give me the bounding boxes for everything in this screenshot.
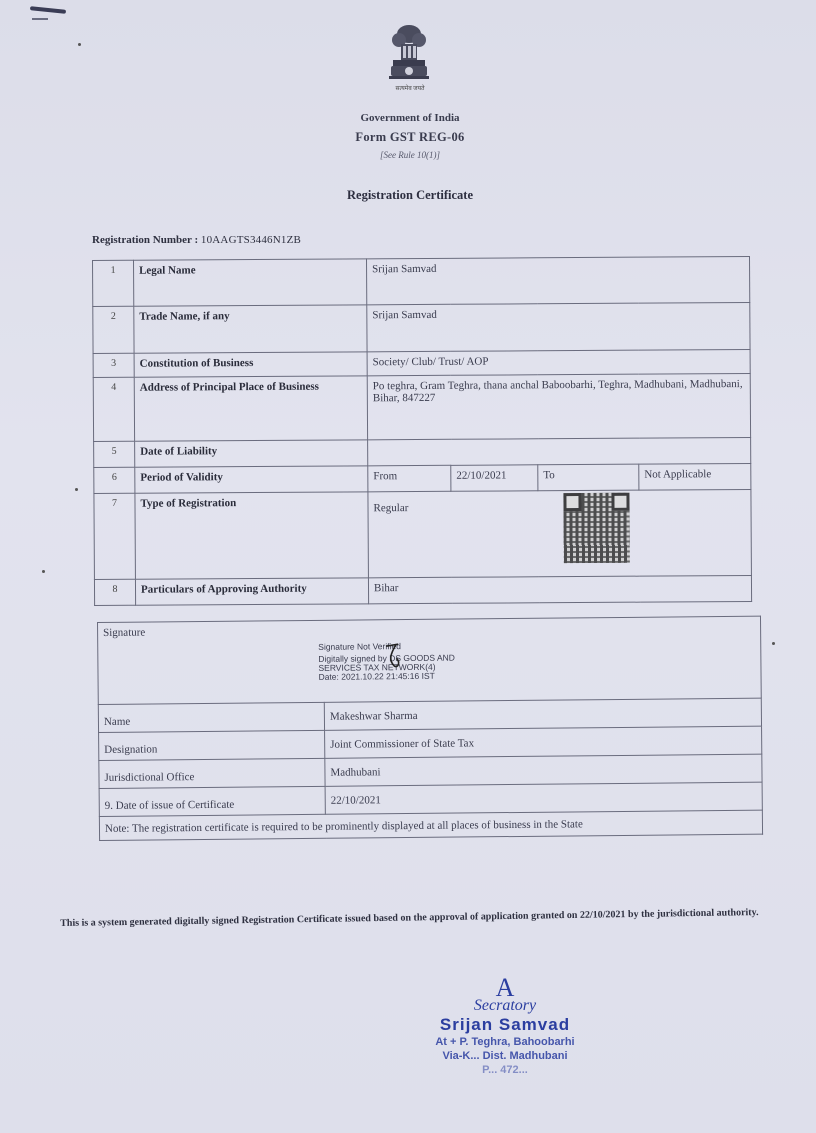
certificate-page: सत्यमेव जयते Government of India Form GS…	[0, 0, 816, 1133]
issue-date-label: 9. Date of issue of Certificate	[99, 786, 325, 816]
field-label: Address of Principal Place of Business	[134, 376, 367, 441]
registration-type-value: Regular	[373, 502, 408, 514]
signature-label: Signature	[103, 621, 755, 639]
rule-reference: [See Rule 10(1)]	[300, 150, 520, 160]
field-label: Particulars of Approving Authority	[135, 578, 368, 605]
signature-cell: Signature Signature Not Verified Digital…	[98, 616, 762, 704]
row-number: 4	[93, 377, 134, 441]
constitution-value: Society/ Club/ Trust/ AOP	[367, 349, 750, 375]
table-row: Note: The registration certificate is re…	[99, 810, 762, 840]
validity-from-label: From	[368, 465, 451, 492]
stamp-address-line: P... 472...	[395, 1063, 615, 1077]
validity-from-value: 22/10/2021	[451, 465, 538, 492]
approving-authority-value: Bihar	[368, 575, 751, 603]
issue-date-value: 22/10/2021	[325, 782, 762, 814]
secretary-stamp: A Secratory Srijan Samvad At + P. Teghra…	[395, 975, 615, 1077]
field-label: Period of Validity	[135, 466, 368, 493]
table-row: 2 Trade Name, if any Srijan Samvad	[93, 302, 750, 353]
pen-mark	[32, 18, 48, 20]
validity-to-label: To	[538, 464, 639, 491]
registration-number-label: Registration Number :	[92, 234, 198, 246]
designation-value: Joint Commissioner of State Tax	[325, 726, 762, 758]
row-number: 7	[94, 493, 136, 579]
row-number: 8	[94, 579, 135, 605]
signature-date: Date: 2021.10.22 21:45:16 IST	[318, 669, 755, 682]
table-row: 7 Type of Registration Regular	[94, 489, 752, 579]
jurisdictional-office-value: Madhubani	[325, 754, 762, 786]
field-label: Trade Name, if any	[134, 305, 367, 353]
certificate-title: Registration Certificate	[290, 188, 530, 203]
pen-mark	[30, 6, 66, 14]
stamp-address-line: Via-K... Dist. Madhubani	[395, 1049, 615, 1063]
signature-table: Signature Signature Not Verified Digital…	[97, 616, 763, 841]
registration-number-value: 10AAGTS3446N1ZB	[201, 234, 301, 246]
details-table: 1 Legal Name Srijan Samvad 2 Trade Name,…	[92, 256, 752, 606]
form-number: Form GST REG-06	[300, 130, 520, 145]
table-row: 1 Legal Name Srijan Samvad	[93, 256, 750, 306]
signature-row: Signature Signature Not Verified Digital…	[98, 616, 762, 704]
field-label: Legal Name	[134, 259, 367, 306]
registration-type-cell: Regular	[368, 489, 752, 577]
government-heading: Government of India	[300, 112, 520, 124]
registration-number: Registration Number : 10AAGTS3446N1ZB	[92, 234, 301, 246]
speck	[42, 570, 45, 573]
speck	[772, 642, 775, 645]
emblem-motto: सत्यमेव जयते	[388, 84, 432, 92]
display-note: Note: The registration certificate is re…	[99, 810, 762, 840]
qr-code-icon	[563, 493, 629, 563]
legal-name-value: Srijan Samvad	[366, 256, 749, 304]
speck	[75, 488, 78, 491]
field-label: Type of Registration	[135, 492, 369, 579]
speck	[78, 43, 81, 46]
stamp-address-line: At + P. Teghra, Bahoobarhi	[395, 1035, 615, 1049]
table-row: 6 Period of Validity From 22/10/2021 To …	[94, 463, 751, 493]
row-number: 3	[93, 353, 134, 377]
row-number: 1	[93, 260, 134, 306]
signature-scribble-icon	[384, 640, 404, 670]
designation-label: Designation	[99, 730, 325, 760]
date-of-liability-value	[368, 437, 751, 465]
stamp-organization: Srijan Samvad	[395, 1015, 615, 1035]
trade-name-value: Srijan Samvad	[367, 302, 750, 351]
row-number: 6	[94, 467, 135, 493]
table-row: 5 Date of Liability	[94, 437, 751, 467]
stamp-title: Secratory	[395, 997, 615, 1015]
officer-name-value: Makeshwar Sharma	[324, 698, 761, 730]
row-number: 2	[93, 306, 134, 353]
jurisdictional-office-label: Jurisdictional Office	[99, 758, 325, 788]
row-number: 5	[94, 441, 135, 467]
table-row: 4 Address of Principal Place of Business…	[93, 373, 750, 441]
system-generated-footer: This is a system generated digitally sig…	[60, 900, 810, 935]
field-label: Date of Liability	[135, 440, 368, 467]
officer-name-label: Name	[98, 702, 324, 732]
digital-signature-block: Signature Not Verified Digitally signed …	[318, 639, 755, 682]
field-label: Constitution of Business	[134, 352, 367, 377]
address-value: Po teghra, Gram Teghra, thana anchal Bab…	[367, 373, 750, 439]
table-row: 8 Particulars of Approving Authority Bih…	[94, 575, 751, 605]
validity-to-value: Not Applicable	[639, 463, 751, 490]
national-emblem-icon	[385, 22, 433, 84]
